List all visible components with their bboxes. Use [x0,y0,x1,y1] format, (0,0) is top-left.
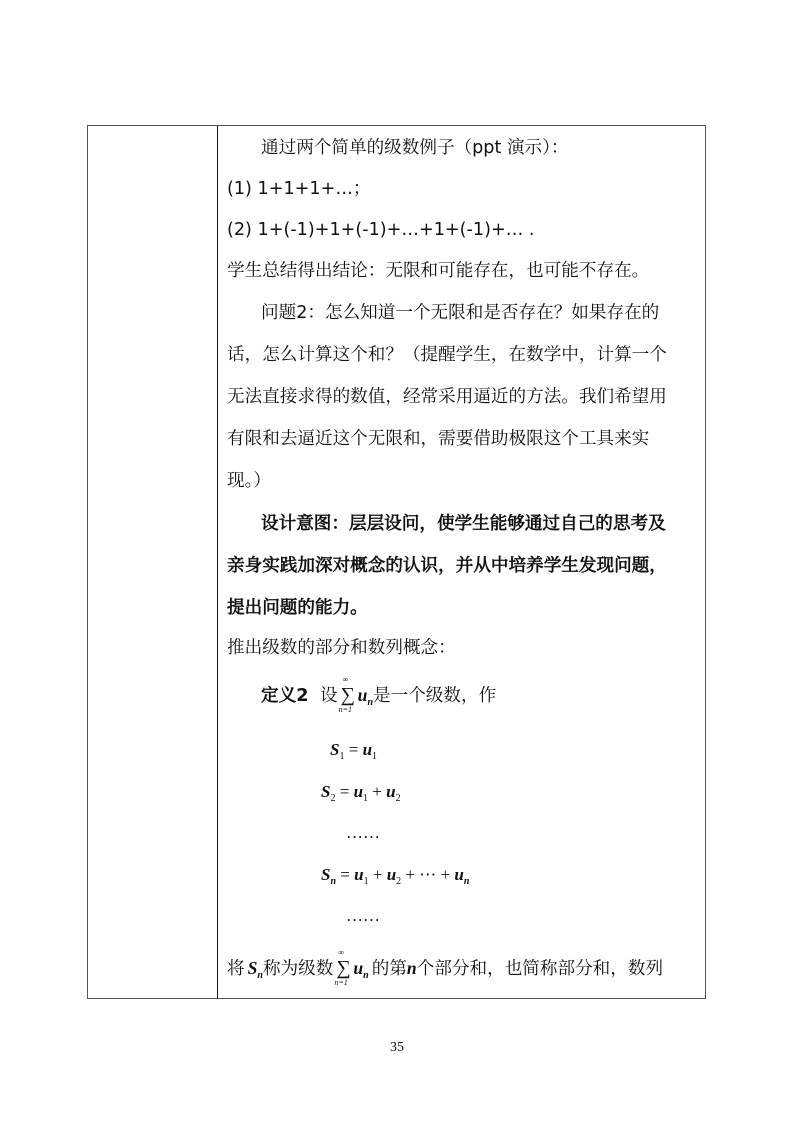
eq-rhs-sub: 1 [372,751,377,762]
sum-lower-limit: n=1 [334,979,347,987]
eq-term-sub: 1 [364,876,369,887]
eq-dots: ⋯ [419,865,436,884]
sigma-icon: ∞∑n=1 [335,957,351,981]
example-2: (2) 1+(-1)+1+(-1)+…+1+(-1)+… . [227,218,534,242]
equation-sn: Sn = u1 + u2 + ⋯ + un [321,865,469,885]
question-2-line-4: 有限和去逼近这个无限和，需要借助极限这个工具来实 [227,427,649,451]
definition-prefix: 设 [320,686,338,706]
design-intent-line-3: 提出问题的能力。 [227,596,368,620]
definition-suffix: 是一个级数，作 [373,686,496,706]
equation-s2: S2 = u1 + u2 [321,782,401,802]
eq-term-sub: 2 [396,793,401,804]
ellipsis-1: …… [346,823,380,843]
sum-upper-limit: ∞ [343,676,349,684]
question-2-line-3: 无法直接求得的数值，经常采用逼近的方法。我们希望用 [227,385,667,409]
eq-term: u [354,865,363,884]
text-segment: 将 [227,959,245,979]
page-number: 35 [0,1040,794,1056]
eq-rhs: u [363,740,372,759]
design-intent-line-2: 亲身实践加深对概念的认识，并从中培养学生发现问题， [227,554,667,578]
student-conclusion: 学生总结得出结论：无限和可能存在，也可能不存在。 [227,259,649,283]
design-intent-line-1: 设计意图：层层设问，使学生能够通过自己的思考及 [261,512,666,536]
table-right-cell: 通过两个简单的级数例子（ppt 演示）： (1) 1+1+1+…； (2) 1+… [218,126,705,998]
text-segment: 个部分和，也简称部分和，数列 [417,959,663,979]
partial-sum-intro: 推出级数的部分和数列概念： [227,636,456,660]
eq-term: u [454,865,463,884]
sum-term: u [353,958,363,978]
partial-sum-sub: n [257,970,263,981]
lesson-table: 通过两个简单的级数例子（ppt 演示）： (1) 1+1+1+…； (2) 1+… [87,125,706,999]
table-left-cell [88,126,218,998]
eq-lhs-sub: n [330,876,336,887]
question-2-line-1: 问题2：怎么知道一个无限和是否存在？如果存在的 [261,301,659,325]
eq-lhs-sub: 2 [330,793,335,804]
text-segment: 称为级数 [263,959,333,979]
sum-upper-limit: ∞ [338,949,344,957]
eq-term: u [386,782,395,801]
eq-term-sub: 1 [363,793,368,804]
eq-term: u [387,865,396,884]
partial-sum-symbol: S [248,958,258,978]
eq-term-sub: 2 [396,876,401,887]
eq-term: u [354,782,363,801]
text-segment: 的第 [372,959,407,979]
eq-lhs-sub: 1 [339,751,344,762]
sum-term: u [358,685,368,705]
sigma-icon: ∞∑n=1 [340,684,356,708]
definition-label: 定义2 [261,686,308,706]
text-line-ppt-examples: 通过两个简单的级数例子（ppt 演示）： [261,136,569,160]
sum-term-sub: n [367,697,373,708]
definition-2: 定义2 设∞∑n=1un是一个级数，作 [261,683,496,711]
partial-sum-definition-line: 将Sn称为级数∞∑n=1un的第n个部分和，也简称部分和，数列 [227,956,663,984]
question-2-line-2: 话，怎么计算这个和？（提醒学生，在数学中，计算一个 [227,343,667,367]
ellipsis-2: …… [346,906,380,926]
example-1: (1) 1+1+1+…； [227,177,371,201]
equation-s1: S1 = u1 [330,740,377,760]
sum-lower-limit: n=1 [339,706,352,714]
question-2-line-5: 现。） [227,469,271,493]
sum-term-sub: n [363,970,369,981]
index-n: n [407,958,417,978]
eq-term-sub: n [464,876,470,887]
